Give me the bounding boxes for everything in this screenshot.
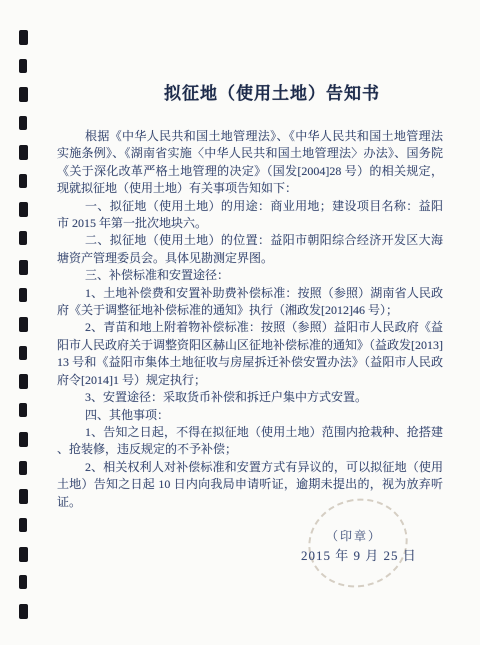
punch-mark [19, 30, 28, 45]
punch-mark [19, 604, 28, 619]
punch-mark [19, 231, 27, 245]
paragraph: 2、青苗和地上附着物补偿标准：按照（参照）益阳市人民政府《益阳市人民政府关于调整… [57, 319, 443, 389]
punch-mark [19, 174, 27, 188]
paragraph: 四、其他事项： [57, 407, 443, 424]
punch-mark [19, 489, 28, 504]
punch-mark [19, 575, 27, 589]
punch-mark [19, 260, 28, 275]
punch-mark [19, 374, 28, 389]
punch-mark [19, 116, 27, 130]
punch-mark [19, 346, 27, 360]
punch-mark [19, 547, 28, 562]
scanned-document-page: 拟征地（使用土地）告知书 根据《中华人民共和国土地管理法》、《中华人民共和国土地… [0, 0, 480, 645]
paragraph: 1、土地补偿费和安置补助费补偿标准：按照（参照）湖南省人民政府《关于调整征地补偿… [57, 285, 443, 320]
paragraph: 二、拟征地（使用土地）的位置：益阳市朝阳综合经济开发区大海塘资产管理委员会。具体… [57, 232, 443, 267]
paragraph: 一、拟征地（使用土地）的用途：商业用地；建设项目名称：益阳市 2015 年第一批… [57, 198, 443, 233]
paragraph: 根据《中华人民共和国土地管理法》、《中华人民共和国土地管理法实施条例》、《湖南省… [57, 128, 443, 198]
document-title: 拟征地（使用土地）告知书 [79, 84, 465, 104]
document-body: 根据《中华人民共和国土地管理法》、《中华人民共和国土地管理法实施条例》、《湖南省… [57, 128, 443, 511]
punch-mark [19, 403, 27, 417]
punch-mark [19, 288, 27, 302]
paragraph: 1、告知之日起，不得在拟征地（使用土地）范围内抢栽种、抢搭建、抢装修，违反规定的… [57, 424, 443, 459]
document-date: 2015 年 9 月 25 日 [301, 545, 417, 564]
punch-mark [19, 432, 28, 447]
punch-mark [19, 461, 27, 475]
seal-placeholder-text: （印章） [326, 527, 382, 544]
paragraph: 三、补偿标准和安置途径： [57, 267, 443, 284]
punch-mark [19, 59, 27, 73]
punch-mark [19, 87, 28, 102]
punch-mark [19, 145, 28, 160]
punch-mark [19, 317, 28, 332]
punch-mark [19, 518, 27, 532]
document: 拟征地（使用土地）告知书 根据《中华人民共和国土地管理法》、《中华人民共和国土地… [57, 84, 443, 511]
paragraph: 3、安置途径：采取货币补偿和拆迁户集中方式安置。 [57, 389, 443, 406]
paragraph: 2、相关权利人对补偿标准和安置方式有异议的，可以拟征地（使用土地）告知之日起 1… [57, 459, 443, 511]
punch-mark [19, 202, 28, 217]
